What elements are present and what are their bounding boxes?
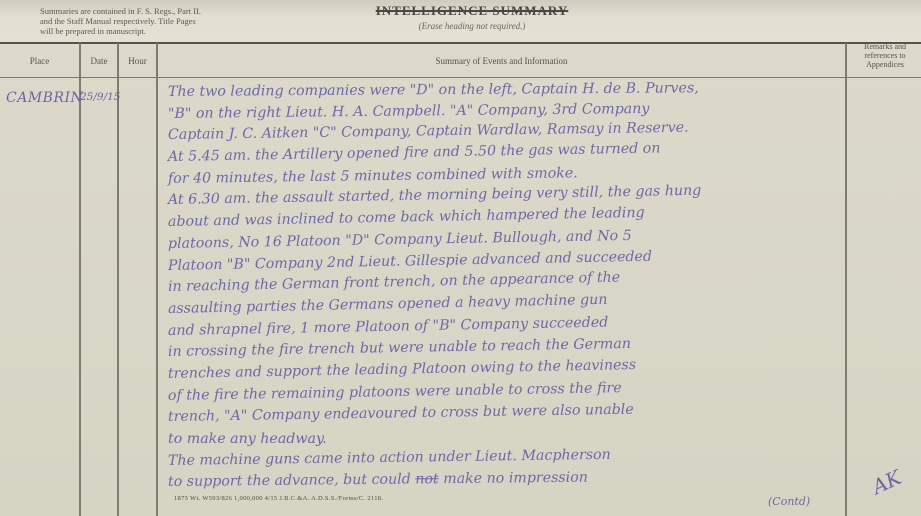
instruction-line: Summaries are contained in F. S. Regs., … — [40, 6, 250, 16]
divider-date-hour — [117, 43, 119, 516]
column-header-summary: Summary of Events and Information — [158, 56, 845, 66]
form-title: INTELLIGENCE SUMMARY — [352, 3, 592, 19]
printer-imprint: 1875 Wt. W593/826 1,000,000 4/15 J.B.C.&… — [174, 495, 383, 502]
summary-text: The two leading companies were "D" on th… — [168, 82, 848, 494]
form-subtitle: (Erase heading not required.) — [352, 21, 592, 31]
war-diary-page: Summaries are contained in F. S. Regs., … — [0, 0, 921, 516]
column-header-hour: Hour — [119, 56, 156, 66]
summary-line-tail: make no impression — [443, 470, 588, 488]
column-header-place: Place — [0, 56, 79, 66]
form-instructions: Summaries are contained in F. S. Regs., … — [40, 6, 250, 36]
entry-place: CAMBRIN — [6, 90, 83, 106]
column-header-remarks: Remarks and references to Appendices — [850, 42, 920, 69]
instruction-line: will be prepared in manuscript. — [40, 26, 250, 36]
summary-line-text: to support the advance, but could — [168, 472, 411, 491]
column-header-date: Date — [81, 56, 117, 66]
continued-note: (Contd) — [768, 495, 810, 508]
entry-date: 25/9/15 — [80, 91, 120, 103]
divider-hour-summary — [156, 43, 158, 516]
struck-word: not — [415, 472, 439, 488]
instruction-line: and the Staff Manual respectively. Title… — [40, 16, 250, 26]
header-top-rule — [0, 42, 921, 44]
remarks-initials: AK — [868, 465, 905, 499]
divider-place-date — [79, 43, 81, 516]
